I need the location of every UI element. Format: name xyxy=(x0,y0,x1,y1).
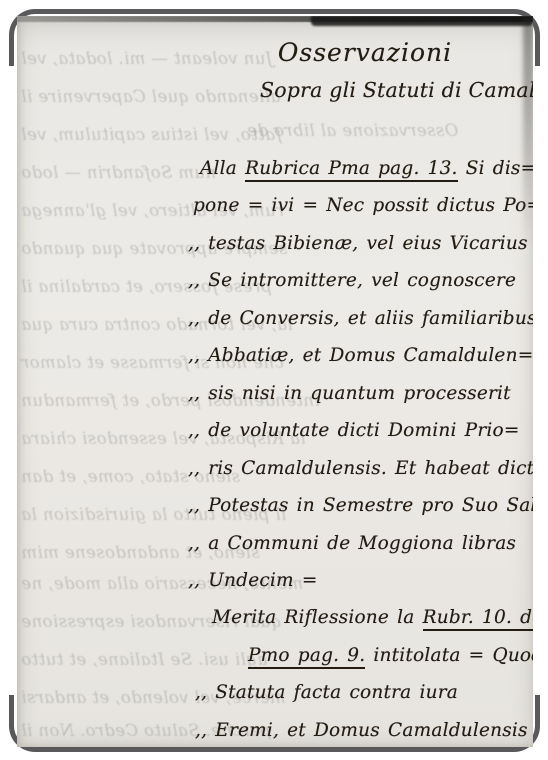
line-text: Si dis= xyxy=(458,158,533,179)
line-text: ,, de Conversis, et aliis familiaribus xyxy=(188,308,533,329)
manuscript-line: Merita Riflessione la Rubr. 10. del Libr… xyxy=(212,607,533,628)
line-text: ,, Statuta facta contra iura xyxy=(195,682,458,703)
manuscript-line: Pmo pag. 9. intitolata = Quod xyxy=(248,645,533,666)
scanned-manuscript-page: Jun voleant — mi. lodata, velalienando q… xyxy=(17,16,533,747)
line-text: ,, Abbatiæ, et Domus Camaldulen= xyxy=(188,345,533,366)
manuscript-line: ,, ris Camaldulensis. Et habeat dictus xyxy=(188,458,533,479)
underlined-citation: Rubr. 10. del Libro xyxy=(423,607,533,631)
bleedthrough-layer: Jun voleant — mi. lodata, velalienando q… xyxy=(17,16,533,747)
line-text: pone = ivi = Nec possit dictus Po= xyxy=(193,195,533,216)
line-text: ,, Potestas in Semestre pro Suo Salario xyxy=(188,495,533,516)
manuscript-title: Osservazioni xyxy=(240,38,490,67)
line-text: ,, de voluntate dicti Domini Prio= xyxy=(188,420,520,441)
line-text: ,, a Communi de Moggiona libras xyxy=(188,533,516,554)
manuscript-subtitle: Sopra gli Statuti di Camaldoli xyxy=(260,78,533,102)
line-text: ,, sis nisi in quantum processerit xyxy=(188,383,511,404)
line-text: ,, Se intromittere, vel cognoscere xyxy=(188,270,516,291)
manuscript-line: ,, Abbatiæ, et Domus Camaldulen= xyxy=(188,345,533,366)
bleedthrough-line: fatto, vel istius capitulum, vel xyxy=(21,125,461,144)
line-text: ,, Eremi, et Domus Camaldulensis xyxy=(195,720,528,741)
manuscript-line: ,, testas Bibienæ, vel eius Vicarius xyxy=(188,233,528,254)
manuscript-line: Alla Rubrica Pma pag. 13. Si dis= xyxy=(200,158,533,179)
manuscript-line: pone = ivi = Nec possit dictus Po= xyxy=(193,195,533,216)
underlined-citation: Rubrica Pma pag. 13. xyxy=(245,158,458,182)
manuscript-line: ,, de voluntate dicti Domini Prio= xyxy=(188,420,520,441)
manuscript-line: ,, Undecim = xyxy=(188,570,318,591)
line-text: ,, testas Bibienæ, vel eius Vicarius xyxy=(188,233,528,254)
line-text: ,, ris Camaldulensis. Et habeat dictus xyxy=(188,458,533,479)
scan-top-right-dark-edge xyxy=(311,16,533,26)
manuscript-line: ,, Potestas in Semestre pro Suo Salario xyxy=(188,495,533,516)
line-text: ,, Undecim = xyxy=(188,570,318,591)
line-text: Merita Riflessione la xyxy=(212,607,423,628)
line-text: Alla xyxy=(200,158,245,179)
line-text: intitolata = Quod xyxy=(365,645,533,666)
manuscript-line: ,, sis nisi in quantum processerit xyxy=(188,383,511,404)
underlined-citation: Pmo pag. 9. xyxy=(248,645,365,669)
manuscript-line: ,, Statuta facta contra iura xyxy=(195,682,458,703)
manuscript-viewer: Jun voleant — mi. lodata, velalienando q… xyxy=(0,0,548,760)
manuscript-line: ,, Se intromittere, vel cognoscere xyxy=(188,270,516,291)
manuscript-line: ,, Eremi, et Domus Camaldulensis xyxy=(195,720,528,741)
manuscript-line: ,, a Communi de Moggiona libras xyxy=(188,533,516,554)
manuscript-line: ,, de Conversis, et aliis familiaribus xyxy=(188,308,533,329)
